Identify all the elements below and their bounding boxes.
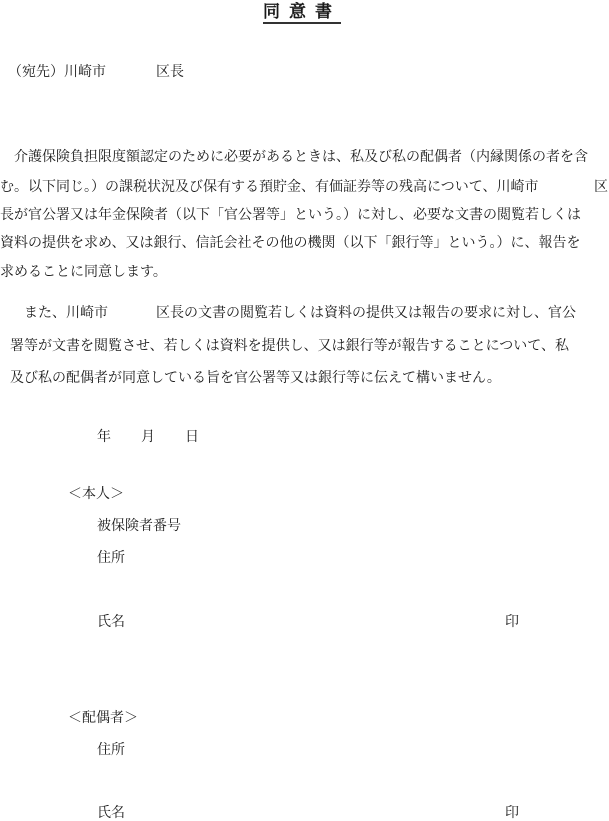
document-title: 同意書 bbox=[263, 2, 341, 24]
spouse-heading: ＜配偶者＞ bbox=[68, 710, 138, 726]
paragraph2-line-1-tail: 区長の文書の閲覧若しくは資料の提供又は報告の要求に対し、官公 bbox=[156, 305, 576, 321]
spouse-name-label: 氏名 bbox=[97, 805, 125, 821]
date-month-label: 月 bbox=[141, 429, 155, 445]
applicant-seal-label: 印 bbox=[505, 614, 519, 630]
applicant-address-label: 住所 bbox=[97, 550, 125, 566]
paragraph1-line-4: 資料の提供を求め、又は銀行、信託会社その他の機関（以下「銀行等」という。）に、報… bbox=[0, 235, 580, 251]
paragraph1-line-2: む。以下同じ。）の課税状況及び保有する預貯金、有価証券等の残高について、川崎市 bbox=[0, 179, 538, 195]
applicant-insured-number-label: 被保険者番号 bbox=[97, 518, 181, 534]
addressee-prefix: （宛先）川崎市 bbox=[8, 64, 106, 80]
paragraph2-line-1-head: また、川崎市 bbox=[24, 305, 108, 321]
paragraph1-line-1: 介護保険負担限度額認定のために必要があるときは、私及び私の配偶者（内縁関係の者を… bbox=[14, 149, 588, 165]
paragraph1-line-2-tail: 区 bbox=[594, 179, 608, 195]
spouse-address-label: 住所 bbox=[97, 742, 125, 758]
paragraph1-line-5: 求めることに同意します。 bbox=[0, 264, 167, 280]
addressee-suffix: 区長 bbox=[156, 64, 184, 80]
paragraph2-line-3: 及び私の配偶者が同意している旨を官公署等又は銀行等に伝えて構いません。 bbox=[10, 370, 501, 386]
paragraph1-line-3: 長が官公署又は年金保険者（以下「官公署等」という。）に対し、必要な文書の閲覧若し… bbox=[0, 207, 581, 223]
date-year-label: 年 bbox=[97, 429, 111, 445]
spouse-seal-label: 印 bbox=[505, 805, 519, 821]
applicant-name-label: 氏名 bbox=[97, 614, 125, 630]
date-day-label: 日 bbox=[185, 429, 199, 445]
applicant-heading: ＜本人＞ bbox=[68, 486, 124, 502]
paragraph2-line-2: 署等が文書を閲覧させ、若しくは資料を提供し、又は銀行等が報告することについて、私 bbox=[10, 338, 569, 354]
